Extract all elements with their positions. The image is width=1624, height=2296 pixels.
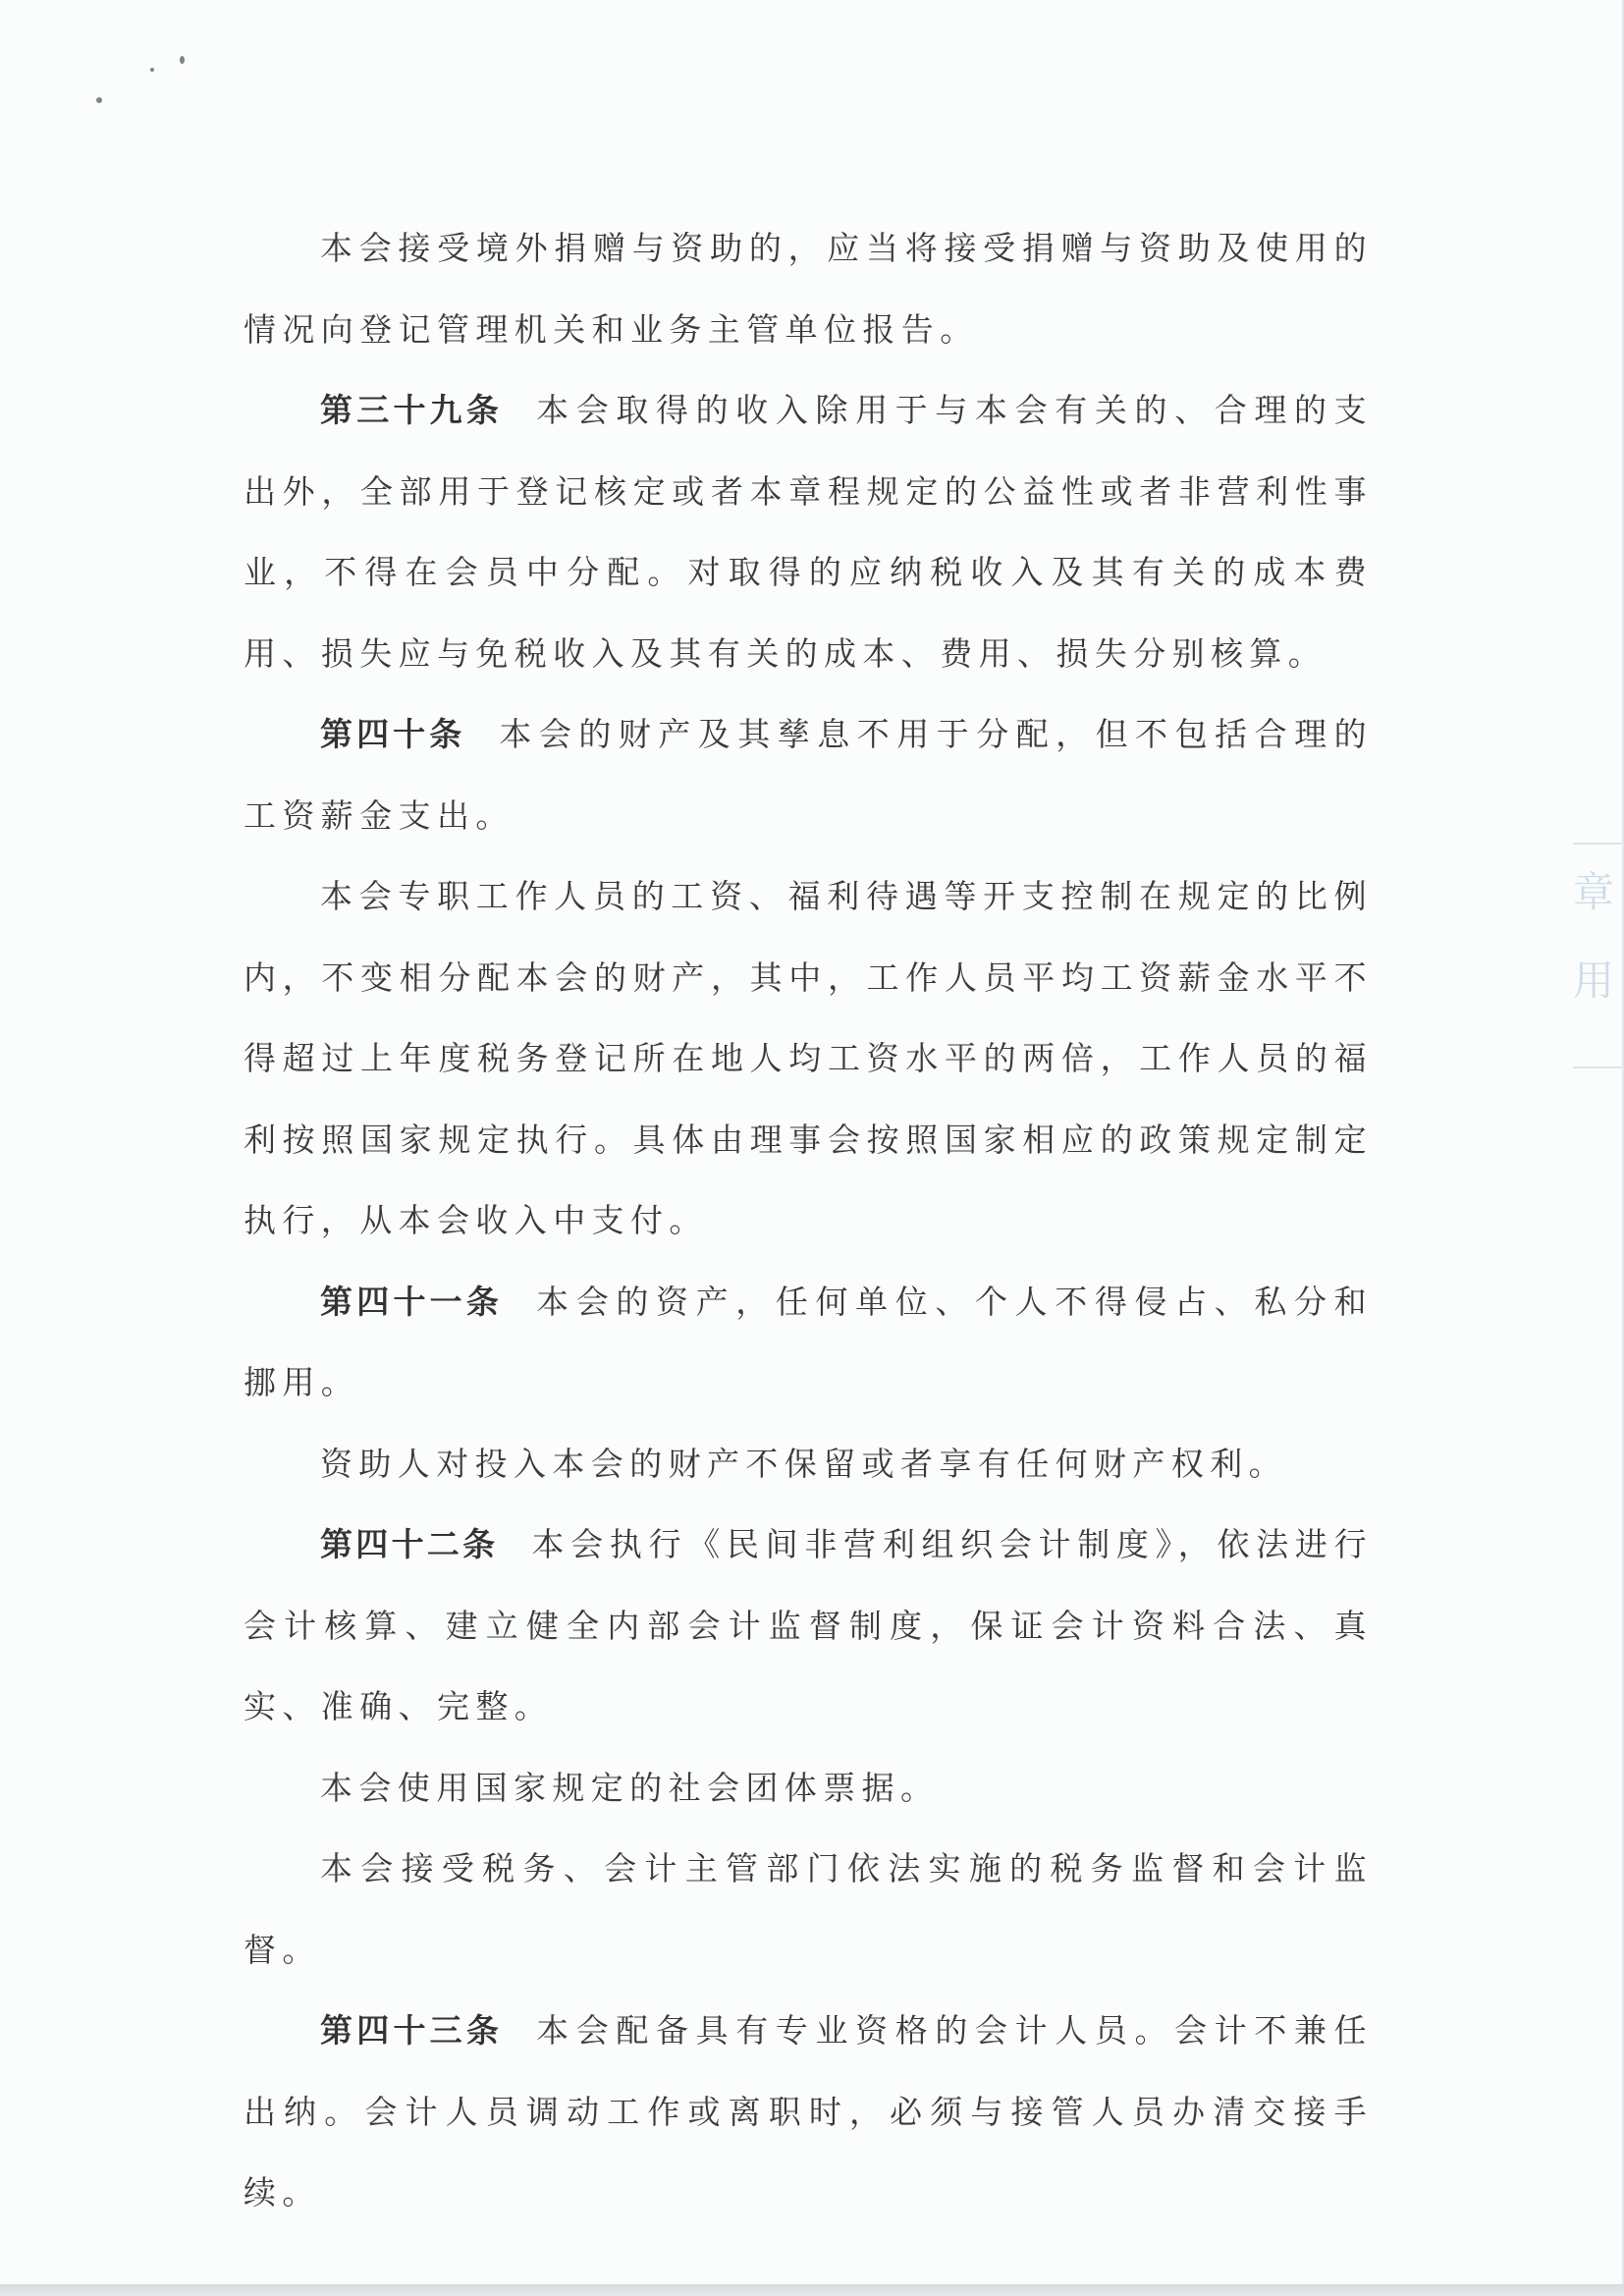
article-number: 第三十九条 (320, 391, 503, 429)
paragraph-article-39: 第三十九条本会取得的收入除用于与本会有关的、合理的支出外，全部用于登记核定或者本… (244, 370, 1373, 694)
stamp-char: 用 (1573, 937, 1624, 1025)
paragraph: 本会使用国家规定的社会团体票据。 (244, 1748, 1373, 1830)
scanned-page: 本会接受境外捐赠与资助的，应当将接受捐赠与资助及使用的情况向登记管理机关和业务主… (0, 0, 1622, 2284)
paragraph-article-42: 第四十二条本会执行《民间非营利组织会计制度》，依法进行会计核算、建立健全内部会计… (244, 1504, 1373, 1748)
paragraph-text: 资助人对投入本会的财产不保留或者享有任何财产权利。 (320, 1445, 1287, 1483)
article-number: 第四十三条 (320, 2011, 503, 2050)
page-edge (0, 2284, 1624, 2296)
paragraph-article-41: 第四十一条本会的资产，任何单位、个人不得侵占、私分和挪用。 (244, 1262, 1373, 1424)
paragraph-article-40: 第四十条本会的财产及其孳息不用于分配，但不包括合理的工资薪金支出。 (244, 694, 1373, 856)
article-number: 第四十一条 (320, 1283, 503, 1321)
paragraph-text: 本会接受境外捐赠与资助的，应当将接受捐赠与资助及使用的情况向登记管理机关和业务主… (244, 229, 1373, 349)
stamp-char: 章 (1573, 848, 1624, 937)
paragraph: 资助人对投入本会的财产不保留或者享有任何财产权利。 (244, 1424, 1373, 1505)
paragraph-text: 本会取得的收入除用于与本会有关的、合理的支出外，全部用于登记核定或者本章程规定的… (244, 391, 1373, 673)
scan-speck (150, 68, 154, 72)
paragraph-text: 本会接受税务、会计主管部门依法实施的税务监督和会计监督。 (244, 1849, 1373, 1969)
paragraph: 本会接受境外捐赠与资助的，应当将接受捐赠与资助及使用的情况向登记管理机关和业务主… (244, 208, 1373, 370)
article-number: 第四十条 (320, 715, 465, 753)
paragraph-text: 本会使用国家规定的社会团体票据。 (320, 1769, 939, 1807)
paragraph-text: 本会专职工作人员的工资、福利待遇等开支控制在规定的比例内，不变相分配本会的财产，… (244, 877, 1373, 1239)
paragraph-article-43: 第四十三条本会配备具有专业资格的会计人员。会计不兼任出纳。会计人员调动工作或离职… (244, 1991, 1373, 2234)
scan-speck (96, 97, 102, 103)
paragraph: 本会专职工作人员的工资、福利待遇等开支控制在规定的比例内，不变相分配本会的财产，… (244, 856, 1373, 1262)
paragraph: 本会接受税务、会计主管部门依法实施的税务监督和会计监督。 (244, 1829, 1373, 1991)
seal-stamp-fragment: 章 用 (1573, 843, 1624, 1068)
document-body: 本会接受境外捐赠与资助的，应当将接受捐赠与资助及使用的情况向登记管理机关和业务主… (244, 208, 1373, 2234)
article-number: 第四十二条 (320, 1525, 498, 1563)
scan-speck (180, 56, 185, 64)
